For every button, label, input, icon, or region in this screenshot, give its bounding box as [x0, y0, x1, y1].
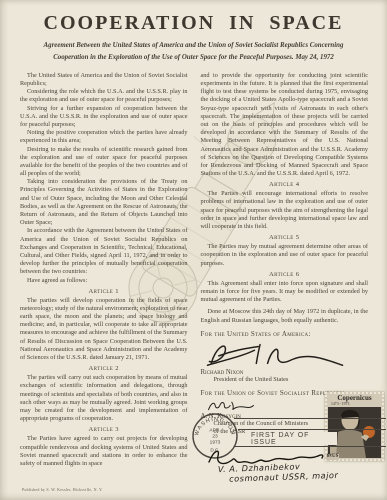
paragraph: Taking into consideration the provisions… — [20, 178, 188, 227]
copernicus-stamp: Copernicus 1473 - 1973 8¢US — [325, 392, 384, 461]
paragraph: In accordance with the Agreement between… — [20, 227, 188, 276]
stamp-title: Copernicus — [325, 395, 384, 402]
paragraph: Desiring to make the results of scientif… — [20, 146, 188, 179]
left-column: The United States of America and the Uni… — [20, 72, 188, 468]
article-6-heading: Article 6 — [201, 271, 369, 278]
paragraph: Have agreed as follows: — [20, 277, 188, 285]
publisher-imprint: Published by S. W. Kessler, Hicksville, … — [22, 487, 103, 492]
article-4-heading: Article 4 — [201, 181, 369, 188]
first-day-of-issue-slogan: FIRST DAY OF ISSUE — [251, 432, 337, 445]
paragraph: Noting the positive cooperation which th… — [20, 129, 188, 145]
subtitle-line-2: Cooperation in the Exploration of the Us… — [0, 52, 387, 64]
paragraph: This Agreement shall enter into force up… — [201, 280, 369, 305]
paragraph: The Parties have agreed to carry out pro… — [20, 435, 188, 468]
subtitle-line-1: Agreement Between the United States of A… — [0, 40, 387, 52]
page-title: COOPERATION IN SPACE — [10, 12, 377, 35]
postmark-year: 1973 — [210, 440, 221, 446]
document-page: COOPERATION IN SPACE Agreement Between t… — [0, 0, 387, 500]
article-1-heading: Article 1 — [20, 288, 188, 295]
paragraph: Striving for a further expansion of coop… — [20, 105, 188, 130]
us-signatory-title: President of the United States — [201, 376, 369, 384]
postmark-day: 23 — [212, 434, 218, 440]
paragraph: The parties will develop cooperation in … — [20, 297, 188, 363]
paragraph: The parties will carry out such cooperat… — [20, 374, 188, 423]
postmark-month: APR. — [209, 428, 220, 434]
paragraph: The United States of America and the Uni… — [20, 72, 188, 88]
done-at-moscow-paragraph: Done at Moscow this 24th day of May 1972… — [201, 308, 369, 324]
paragraph: and to provide the opportunity for condu… — [201, 72, 369, 178]
nixon-signature — [201, 339, 351, 369]
article-2-heading: Article 2 — [20, 365, 188, 372]
article-5-heading: Article 5 — [201, 234, 369, 241]
paragraph: Considering the role which the U.S.A. an… — [20, 88, 188, 104]
us-signatory-name: Richard Nixon — [201, 369, 369, 376]
handwritten-inscription: V. A. Dzhanibekov cosmonaut USSR, major — [218, 460, 339, 485]
agreement-body: The United States of America and the Uni… — [20, 72, 368, 468]
cancel-line — [234, 418, 386, 419]
us-signatory-heading: For the United States of America: — [201, 330, 369, 338]
paragraph: The Parties may by mutual agreement dete… — [201, 243, 369, 268]
copernicus-robe — [336, 430, 366, 458]
paragraph: The Parties will encourage international… — [201, 190, 369, 231]
cancel-line — [238, 429, 386, 430]
article-3-heading: Article 3 — [20, 426, 188, 433]
